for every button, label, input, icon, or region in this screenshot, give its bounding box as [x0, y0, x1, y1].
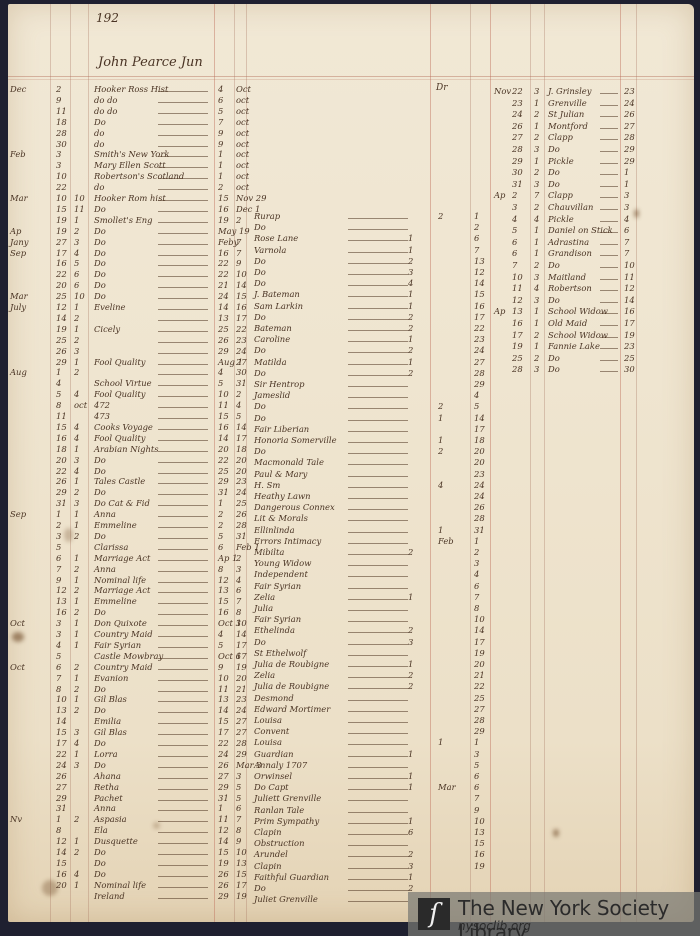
ledger-row: Paul & Mary23	[8, 469, 694, 480]
return-note: 1	[438, 413, 443, 423]
book-title: Edward Mortimer	[254, 704, 330, 714]
header-rule	[8, 79, 694, 80]
return-day: 17	[624, 318, 635, 328]
return-day: 19	[474, 861, 485, 871]
volume-number: 1	[534, 98, 539, 108]
book-title: Do	[548, 364, 560, 374]
ruled-dash	[348, 509, 408, 510]
return-day: 23	[624, 341, 635, 351]
ruled-dash	[348, 420, 408, 421]
return-day: 18	[474, 435, 485, 445]
return-day: 27	[474, 704, 485, 714]
book-title: Orwinsel	[254, 771, 292, 781]
return-day: 21	[474, 670, 485, 680]
ledger-row: Ap27Clapp3	[8, 190, 694, 201]
volume-number: 2	[408, 625, 413, 635]
ledger-row: 32Chauvillan3	[8, 202, 694, 213]
ledger-row: 172School Widow19	[8, 330, 694, 341]
ledger-row: Guardian13	[8, 749, 694, 760]
ledger-row: 51Daniel on Stick6	[8, 225, 694, 236]
return-day: 29	[624, 144, 635, 154]
return-day: 22	[474, 681, 485, 691]
book-title: Fair Syrian	[254, 614, 301, 624]
book-title: School Widow	[548, 306, 608, 316]
return-day: 7	[474, 793, 479, 803]
book-title: Clapp	[548, 190, 573, 200]
borrow-month: Ap	[494, 190, 505, 200]
ruled-dash	[348, 599, 408, 600]
ink-stain	[553, 829, 559, 837]
volume-number: 3	[534, 179, 539, 189]
return-day: 3	[474, 749, 479, 759]
volume-number: 1	[534, 318, 539, 328]
ledger-row: Jameslid4	[8, 390, 694, 401]
ink-stain	[64, 528, 73, 542]
ledger-row: Ellinlinda131	[8, 525, 694, 536]
return-day: 7	[624, 248, 629, 258]
volume-number: 1	[534, 341, 539, 351]
return-day: 17	[474, 637, 485, 647]
volume-number: 1	[534, 248, 539, 258]
ink-stain	[153, 822, 160, 829]
ruled-dash	[600, 360, 618, 361]
ruled-dash	[600, 337, 618, 338]
ruled-dash	[348, 666, 408, 667]
return-day: 4	[624, 214, 629, 224]
return-day: 1	[624, 167, 629, 177]
ruled-dash	[348, 688, 408, 689]
ruled-dash	[348, 711, 408, 712]
ruled-dash	[348, 700, 408, 701]
book-title: Pickle	[548, 156, 574, 166]
book-title: Do Capt	[254, 782, 289, 792]
book-title: Louisa	[254, 715, 282, 725]
book-title: Ellinlinda	[254, 525, 295, 535]
ruled-dash	[348, 901, 408, 902]
book-title: Fair Liberian	[254, 424, 309, 434]
ruled-dash	[348, 576, 408, 577]
ruled-dash	[348, 621, 408, 622]
return-day: 6	[474, 782, 479, 792]
book-title: Clapin	[254, 861, 282, 871]
ruled-dash	[348, 778, 408, 779]
ledger-row: Edward Mortimer27	[8, 704, 694, 715]
borrow-month: Nov	[494, 86, 511, 96]
ledger-row: 231Grenville24	[8, 98, 694, 109]
ledger-row: Zelia221	[8, 670, 694, 681]
volume-number: 1	[408, 659, 413, 669]
return-note: 1	[438, 737, 443, 747]
book-title: Do	[548, 167, 560, 177]
return-day: 14	[474, 625, 485, 635]
volume-number: 1	[408, 872, 413, 882]
ledger-row: Fair Liberian17	[8, 424, 694, 435]
ledger-row: Heathy Lawn24	[8, 491, 694, 502]
ruled-dash	[348, 386, 408, 387]
volume-number: 1	[534, 156, 539, 166]
ruled-dash	[600, 232, 618, 233]
return-day: 29	[474, 379, 485, 389]
book-title: Fair Syrian	[254, 581, 301, 591]
ledger-row: 72Do10	[8, 260, 694, 271]
return-day: 5	[474, 760, 479, 770]
return-day: 1	[474, 536, 479, 546]
ledger-row: 61Grandison7	[8, 248, 694, 259]
volume-number: 4	[534, 214, 539, 224]
return-note: 1	[438, 435, 443, 445]
ruled-dash	[600, 186, 618, 187]
return-day: 4	[474, 390, 479, 400]
ruled-dash	[348, 565, 408, 566]
book-title: Do	[548, 295, 560, 305]
ledger-row: Clapin613	[8, 827, 694, 838]
volume-number: 2	[534, 260, 539, 270]
ledger-row: 283Do29	[8, 144, 694, 155]
borrow-day: 3	[512, 202, 517, 212]
ruled-dash	[600, 348, 618, 349]
borrow-day: 22	[512, 86, 523, 96]
ledger-row: Nov223J. Grinsley23	[8, 86, 694, 97]
ledger-row: Arundel216	[8, 849, 694, 860]
return-day: 26	[474, 502, 485, 512]
book-title: Ethelinda	[254, 625, 295, 635]
return-day: 3	[474, 558, 479, 568]
ruled-dash	[348, 789, 408, 790]
return-day: 23	[474, 469, 485, 479]
book-title: Sir Hentrop	[254, 379, 305, 389]
return-day: 11	[624, 272, 635, 282]
book-title: Dangerous Connex	[254, 502, 335, 512]
return-day: 20	[474, 446, 485, 456]
ledger-row: 313Do1	[8, 179, 694, 190]
ledger-row: Louisa11	[8, 737, 694, 748]
book-title: Grandison	[548, 248, 592, 258]
book-title: Convent	[254, 726, 289, 736]
book-title: Do	[548, 353, 560, 363]
book-title: Juliett Grenville	[254, 793, 321, 803]
volume-number: 1	[408, 816, 413, 826]
ruled-dash	[348, 655, 408, 656]
book-title: Do	[548, 179, 560, 189]
ruled-dash	[348, 397, 408, 398]
book-title: Obstruction	[254, 838, 304, 848]
borrow-day: 10	[512, 272, 523, 282]
library-logo-icon: ſ	[418, 898, 450, 930]
ledger-page: 192 John Pearce Jun Dr Dec2Hooker Ross H…	[8, 4, 694, 922]
volume-number: 1	[534, 237, 539, 247]
borrow-day: 23	[512, 98, 523, 108]
book-title: Honoria Somerville	[254, 435, 337, 445]
volume-number: 2	[534, 330, 539, 340]
book-title: St Julian	[548, 109, 584, 119]
return-day: 29	[474, 726, 485, 736]
ruled-dash	[348, 744, 408, 745]
ledger-row: 103Maitland11	[8, 272, 694, 283]
ledger-row: Macmonald Tale20	[8, 457, 694, 468]
ledger-row: Ranlan Tale9	[8, 805, 694, 816]
book-title: Lit & Morals	[254, 513, 308, 523]
borrow-day: 13	[512, 306, 523, 316]
ledger-row: Juliett Grenville7	[8, 793, 694, 804]
borrow-day: 7	[512, 260, 517, 270]
book-title: Guardian	[254, 749, 294, 759]
ledger-row: Errors IntimacyFeb1	[8, 536, 694, 547]
return-day: 16	[474, 849, 485, 859]
book-title: Mibilta	[254, 547, 284, 557]
return-note: Feb	[438, 536, 454, 546]
return-day: 7	[474, 592, 479, 602]
book-title: Fannie Lake	[548, 341, 600, 351]
ruled-dash	[348, 632, 408, 633]
volume-number: 2	[534, 109, 539, 119]
return-day: 23	[624, 86, 635, 96]
return-day: 12	[624, 283, 635, 293]
return-day: 13	[474, 827, 485, 837]
volume-number: 2	[408, 849, 413, 859]
ledger-row: Zelia17	[8, 592, 694, 603]
ledger-row: Do Capt1Mar6	[8, 782, 694, 793]
book-title: St Ethelwolf	[254, 648, 306, 658]
volume-number: 1	[408, 749, 413, 759]
ruled-dash	[348, 823, 408, 824]
volume-number: 2	[408, 547, 413, 557]
ruled-dash	[348, 543, 408, 544]
return-day: 24	[474, 480, 485, 490]
ledger-row: St Ethelwolf19	[8, 648, 694, 659]
borrow-day: 11	[512, 283, 523, 293]
borrow-day: 30	[512, 167, 523, 177]
volume-number: 2	[408, 670, 413, 680]
return-day: 15	[474, 838, 485, 848]
return-note: 2	[438, 401, 443, 411]
return-day: 6	[624, 225, 629, 235]
return-day: 7	[624, 237, 629, 247]
volume-number: 2	[534, 202, 539, 212]
ruled-dash	[600, 139, 618, 140]
volume-number: 2	[534, 132, 539, 142]
ledger-row: 283Do30	[8, 364, 694, 375]
borrow-day: 19	[512, 341, 523, 351]
ledger-row: Faithful Guardian1	[8, 872, 694, 883]
book-title: J. Grinsley	[548, 86, 591, 96]
ruled-dash	[600, 105, 618, 106]
volume-number: 7	[534, 190, 539, 200]
return-day: 28	[474, 715, 485, 725]
return-day: 31	[474, 525, 485, 535]
borrow-day: 26	[512, 121, 523, 131]
book-title: Independent	[254, 569, 308, 579]
ledger-row: 291Pickle29	[8, 156, 694, 167]
borrow-day: 25	[512, 353, 523, 363]
ruled-dash	[348, 532, 408, 533]
ledger-row: 161Old Maid17	[8, 318, 694, 329]
book-title: Zelia	[254, 592, 275, 602]
book-title: Do	[254, 413, 266, 423]
return-day: 19	[474, 648, 485, 658]
ledger-row: Honoria Somerville118	[8, 435, 694, 446]
ruled-dash	[600, 313, 618, 314]
ledger-row: Independent4	[8, 569, 694, 580]
book-title: Do	[254, 883, 266, 893]
ruled-dash	[600, 255, 618, 256]
borrow-day: 17	[512, 330, 523, 340]
book-title: Do	[548, 260, 560, 270]
ruled-dash	[600, 325, 618, 326]
return-day: 6	[474, 771, 479, 781]
book-title: Maitland	[548, 272, 586, 282]
borrow-day: 6	[512, 237, 517, 247]
borrow-day: 28	[512, 364, 523, 374]
ledger-row: Fair Syrian10	[8, 614, 694, 625]
ledger-row: Do114	[8, 413, 694, 424]
book-title: Errors Intimacy	[254, 536, 321, 546]
ruled-dash	[600, 93, 618, 94]
ruled-dash	[348, 845, 408, 846]
borrow-day: 24	[512, 109, 523, 119]
ruled-dash	[600, 244, 618, 245]
ink-stain	[634, 209, 639, 218]
ruled-dash	[348, 554, 408, 555]
ink-stain	[12, 632, 24, 642]
borrow-day: 31	[512, 179, 523, 189]
ledger-row: 114Robertson12	[8, 283, 694, 294]
ledger-row: 261Montford27	[8, 121, 694, 132]
ruled-dash	[348, 644, 408, 645]
library-url: nysoclib.org	[458, 919, 531, 933]
return-day: 28	[474, 513, 485, 523]
volume-number: 3	[408, 861, 413, 871]
ruled-dash	[348, 487, 408, 488]
borrow-month: Ap	[494, 306, 505, 316]
return-day: 8	[474, 603, 479, 613]
book-title: Faithful Guardian	[254, 872, 329, 882]
ink-stain	[42, 880, 58, 896]
ruled-dash	[348, 756, 408, 757]
return-day: 20	[474, 659, 485, 669]
ledger-row: Prim Sympathy110	[8, 816, 694, 827]
ruled-dash	[600, 116, 618, 117]
ledger-row: Clapin319	[8, 861, 694, 872]
book-title: Daniel on Stick	[548, 225, 613, 235]
ledger-row: Sir Hentrop29	[8, 379, 694, 390]
volume-number: 1	[534, 306, 539, 316]
borrow-day: 16	[512, 318, 523, 328]
ruled-dash	[348, 812, 408, 813]
return-day: 10	[474, 816, 485, 826]
ledger-row: Do317	[8, 637, 694, 648]
ruled-dash	[348, 476, 408, 477]
volume-number: 3	[534, 272, 539, 282]
return-day: 24	[474, 491, 485, 501]
ruled-dash	[348, 879, 408, 880]
return-day: 9	[474, 805, 479, 815]
volume-number: 2	[534, 167, 539, 177]
return-day: 3	[624, 202, 629, 212]
ruled-dash	[600, 151, 618, 152]
header-rule	[8, 76, 694, 77]
book-title: Do	[254, 446, 266, 456]
ledger-row: Do220	[8, 446, 694, 457]
book-title: Do	[254, 637, 266, 647]
volume-number: 3	[534, 295, 539, 305]
borrow-day: 2	[512, 190, 517, 200]
ruled-dash	[600, 371, 618, 372]
ruled-dash	[348, 722, 408, 723]
return-day: 3	[624, 190, 629, 200]
ruled-dash	[348, 677, 408, 678]
book-title: Chauvillan	[548, 202, 593, 212]
book-title: Old Maid	[548, 318, 587, 328]
ledger-row: Young Widow3	[8, 558, 694, 569]
return-day: 2	[474, 547, 479, 557]
ruled-dash	[600, 174, 618, 175]
ledger-row: Mibilta22	[8, 547, 694, 558]
book-title: Arundel	[254, 849, 288, 859]
ledger-row: Ap131School Widow16	[8, 306, 694, 317]
ledger-row: 272Clapp28	[8, 132, 694, 143]
book-title: Juliet Grenville	[254, 894, 318, 904]
volume-number: 3	[408, 637, 413, 647]
borrow-day: 5	[512, 225, 517, 235]
book-title: Grenville	[548, 98, 587, 108]
ledger-row: Desmond25	[8, 693, 694, 704]
library-watermark: ſ The New York Society Library nysoclib.…	[408, 892, 700, 936]
ruled-dash	[600, 290, 618, 291]
borrow-day: 27	[512, 132, 523, 142]
return-day: 24	[624, 98, 635, 108]
ledger-row: Orwinsel16	[8, 771, 694, 782]
volume-number: 1	[408, 771, 413, 781]
volume-number: 2	[534, 353, 539, 363]
book-title: Clapp	[548, 132, 573, 142]
return-day: 4	[474, 569, 479, 579]
borrow-day: 28	[512, 144, 523, 154]
book-title: Julia de Roubigne	[254, 659, 329, 669]
ledger-row: Dangerous Connex26	[8, 502, 694, 513]
return-day: 1	[624, 179, 629, 189]
book-title: Heathy Lawn	[254, 491, 311, 501]
return-note: 4	[438, 480, 443, 490]
ledger-row: Convent29	[8, 726, 694, 737]
book-title: Do	[254, 401, 266, 411]
ruled-dash	[348, 498, 408, 499]
book-title: Louisa	[254, 737, 282, 747]
borrow-day: 12	[512, 295, 523, 305]
ruled-dash	[348, 767, 408, 768]
borrow-day: 29	[512, 156, 523, 166]
ruled-dash	[600, 279, 618, 280]
ruled-dash	[348, 890, 408, 891]
ledger-row: 123Do14	[8, 295, 694, 306]
return-note: Mar	[438, 782, 456, 792]
ruled-dash	[348, 588, 408, 589]
return-day: 29	[624, 156, 635, 166]
book-title: Julia	[254, 603, 273, 613]
ledger-row: 302Do1	[8, 167, 694, 178]
ruled-dash	[600, 221, 618, 222]
ruled-dash	[600, 128, 618, 129]
book-title: Macmonald Tale	[254, 457, 324, 467]
ruled-dash	[348, 834, 408, 835]
book-title: Clapin	[254, 827, 282, 837]
ledger-row: 242St Julian26	[8, 109, 694, 120]
ruled-dash	[348, 610, 408, 611]
ledger-row: Annaly 17075	[8, 760, 694, 771]
volume-number: 2	[408, 681, 413, 691]
account-name: John Pearce Jun	[98, 56, 203, 69]
return-day: 6	[474, 581, 479, 591]
return-day: 26	[624, 109, 635, 119]
